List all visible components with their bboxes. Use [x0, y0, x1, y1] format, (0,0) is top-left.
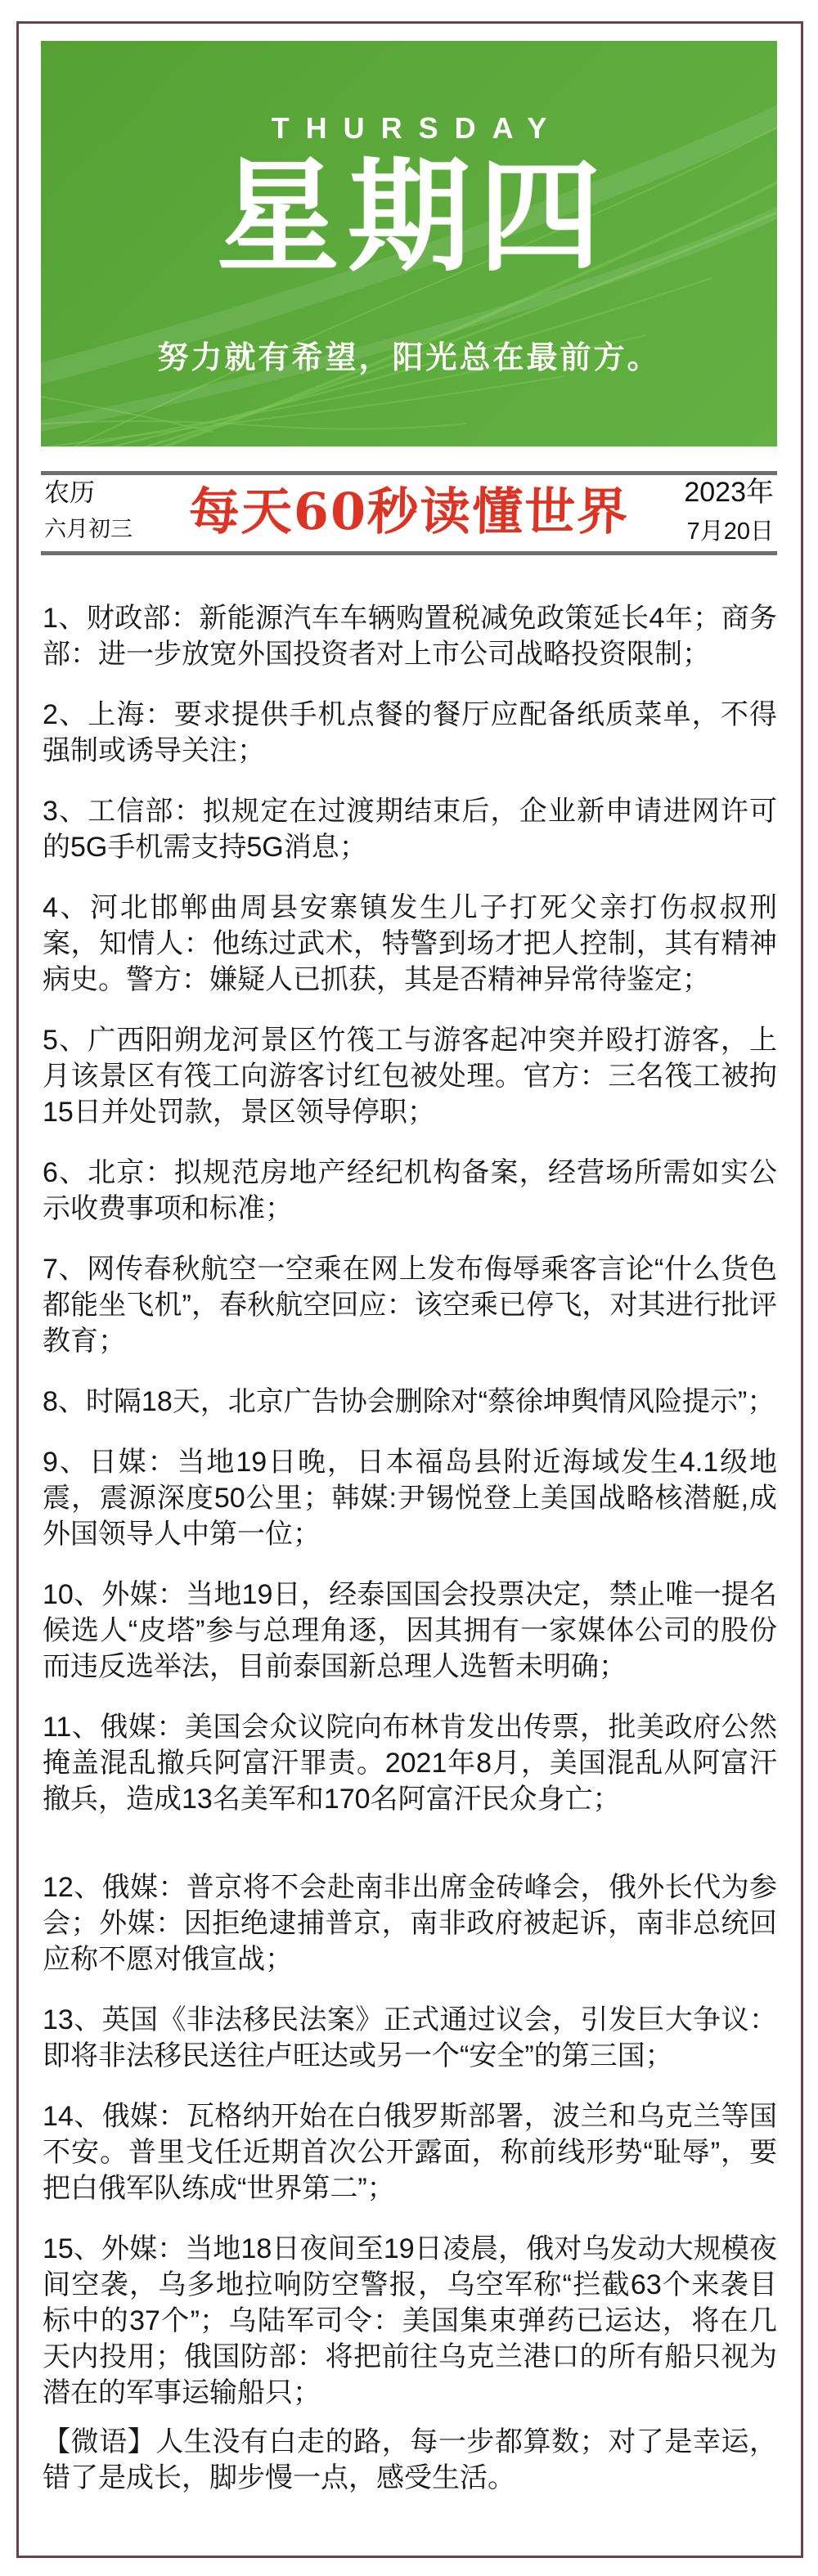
- news-item-7: 7、网传春秋航空一空乘在网上发布侮辱乘客言论“什么货色都能坐飞机”，春秋航空回应…: [43, 1251, 777, 1359]
- news-item-15: 15、外媒：当地18日夜间至19日凌晨，俄对乌发动大规模夜间空袭，乌多地拉响防空…: [43, 2231, 777, 2411]
- weiyu-footer: 【微语】人生没有白走的路，每一步都算数；对了是幸运，错了是成长，脚步慢一点，感受…: [43, 2424, 777, 2496]
- gregorian-date-block: 2023年 7月20日: [684, 476, 774, 546]
- news-item-14: 14、俄媒：瓦格纳开始在白俄罗斯部署，波兰和乌克兰等国不安。普里戈任近期首次公开…: [43, 2098, 777, 2206]
- news-item-9: 9、日媒：当地19日晚，日本福岛县附近海域发生4.1级地震，震源深度50公里；韩…: [43, 1444, 777, 1552]
- motivational-tagline: 努力就有希望，阳光总在最前方。: [41, 332, 777, 377]
- news-item-10: 10、外媒：当地19日，经泰国国会投票决定，禁止唯一提名候选人“皮塔”参与总理角…: [43, 1577, 777, 1685]
- news-item-13: 13、英国《非法移民法案》正式通过议会，引发巨大争议：即将非法移民送往卢旺达或另…: [43, 2002, 777, 2074]
- weekday-chinese-title: 星期四: [41, 152, 777, 281]
- news-item-1: 1、财政部：新能源汽车车辆购置税减免政策延长4年；商务部：进一步放宽外国投资者对…: [43, 600, 777, 672]
- date-bar-top-rule: [41, 471, 777, 475]
- year-label: 2023年: [684, 476, 774, 509]
- daily-news-poster: THURSDAY 星期四 努力就有希望，阳光总在最前方。 农历 六月初三 每天6…: [0, 0, 818, 2576]
- news-item-2: 2、上海：要求提供手机点餐的餐厅应配备纸质菜单，不得强制或诱导关注；: [43, 697, 777, 769]
- weekday-english-label: THURSDAY: [41, 111, 777, 146]
- news-item-8: 8、时隔18天，北京广告协会删除对“蔡徐坤舆情风险提示”；: [43, 1384, 777, 1420]
- news-item-3: 3、工信部：拟规定在过渡期结束后，企业新申请进网许可的5G手机需支持5G消息；: [43, 793, 777, 865]
- news-list: 1、财政部：新能源汽车车辆购置税减免政策延长4年；商务部：进一步放宽外国投资者对…: [43, 600, 777, 2520]
- news-item-12: 12、俄媒：普京将不会赴南非出席金砖峰会，俄外长代为参会；外媒：因拒绝逮捕普京，…: [43, 1869, 777, 1977]
- news-item-5: 5、广西阳朔龙河景区竹筏工与游客起冲突并殴打游客，上月该景区有筏工向游客讨红包被…: [43, 1022, 777, 1130]
- date-bar-bottom-rule: [41, 551, 777, 555]
- news-item-11: 11、俄媒：美国会众议院向布林肯发出传票，批美政府公然掩盖混乱撤兵阿富汗罪责。2…: [43, 1709, 777, 1817]
- weekday-card: THURSDAY 星期四 努力就有希望，阳光总在最前方。: [41, 41, 777, 447]
- news-item-4: 4、河北邯郸曲周县安寨镇发生儿子打死父亲打伤叔叔刑案，知情人：他练过武术，特警到…: [43, 890, 777, 998]
- date-label: 7月20日: [684, 517, 774, 546]
- news-item-6: 6、北京：拟规范房地产经纪机构备案，经营场所需如实公示收费事项和标准；: [43, 1155, 777, 1227]
